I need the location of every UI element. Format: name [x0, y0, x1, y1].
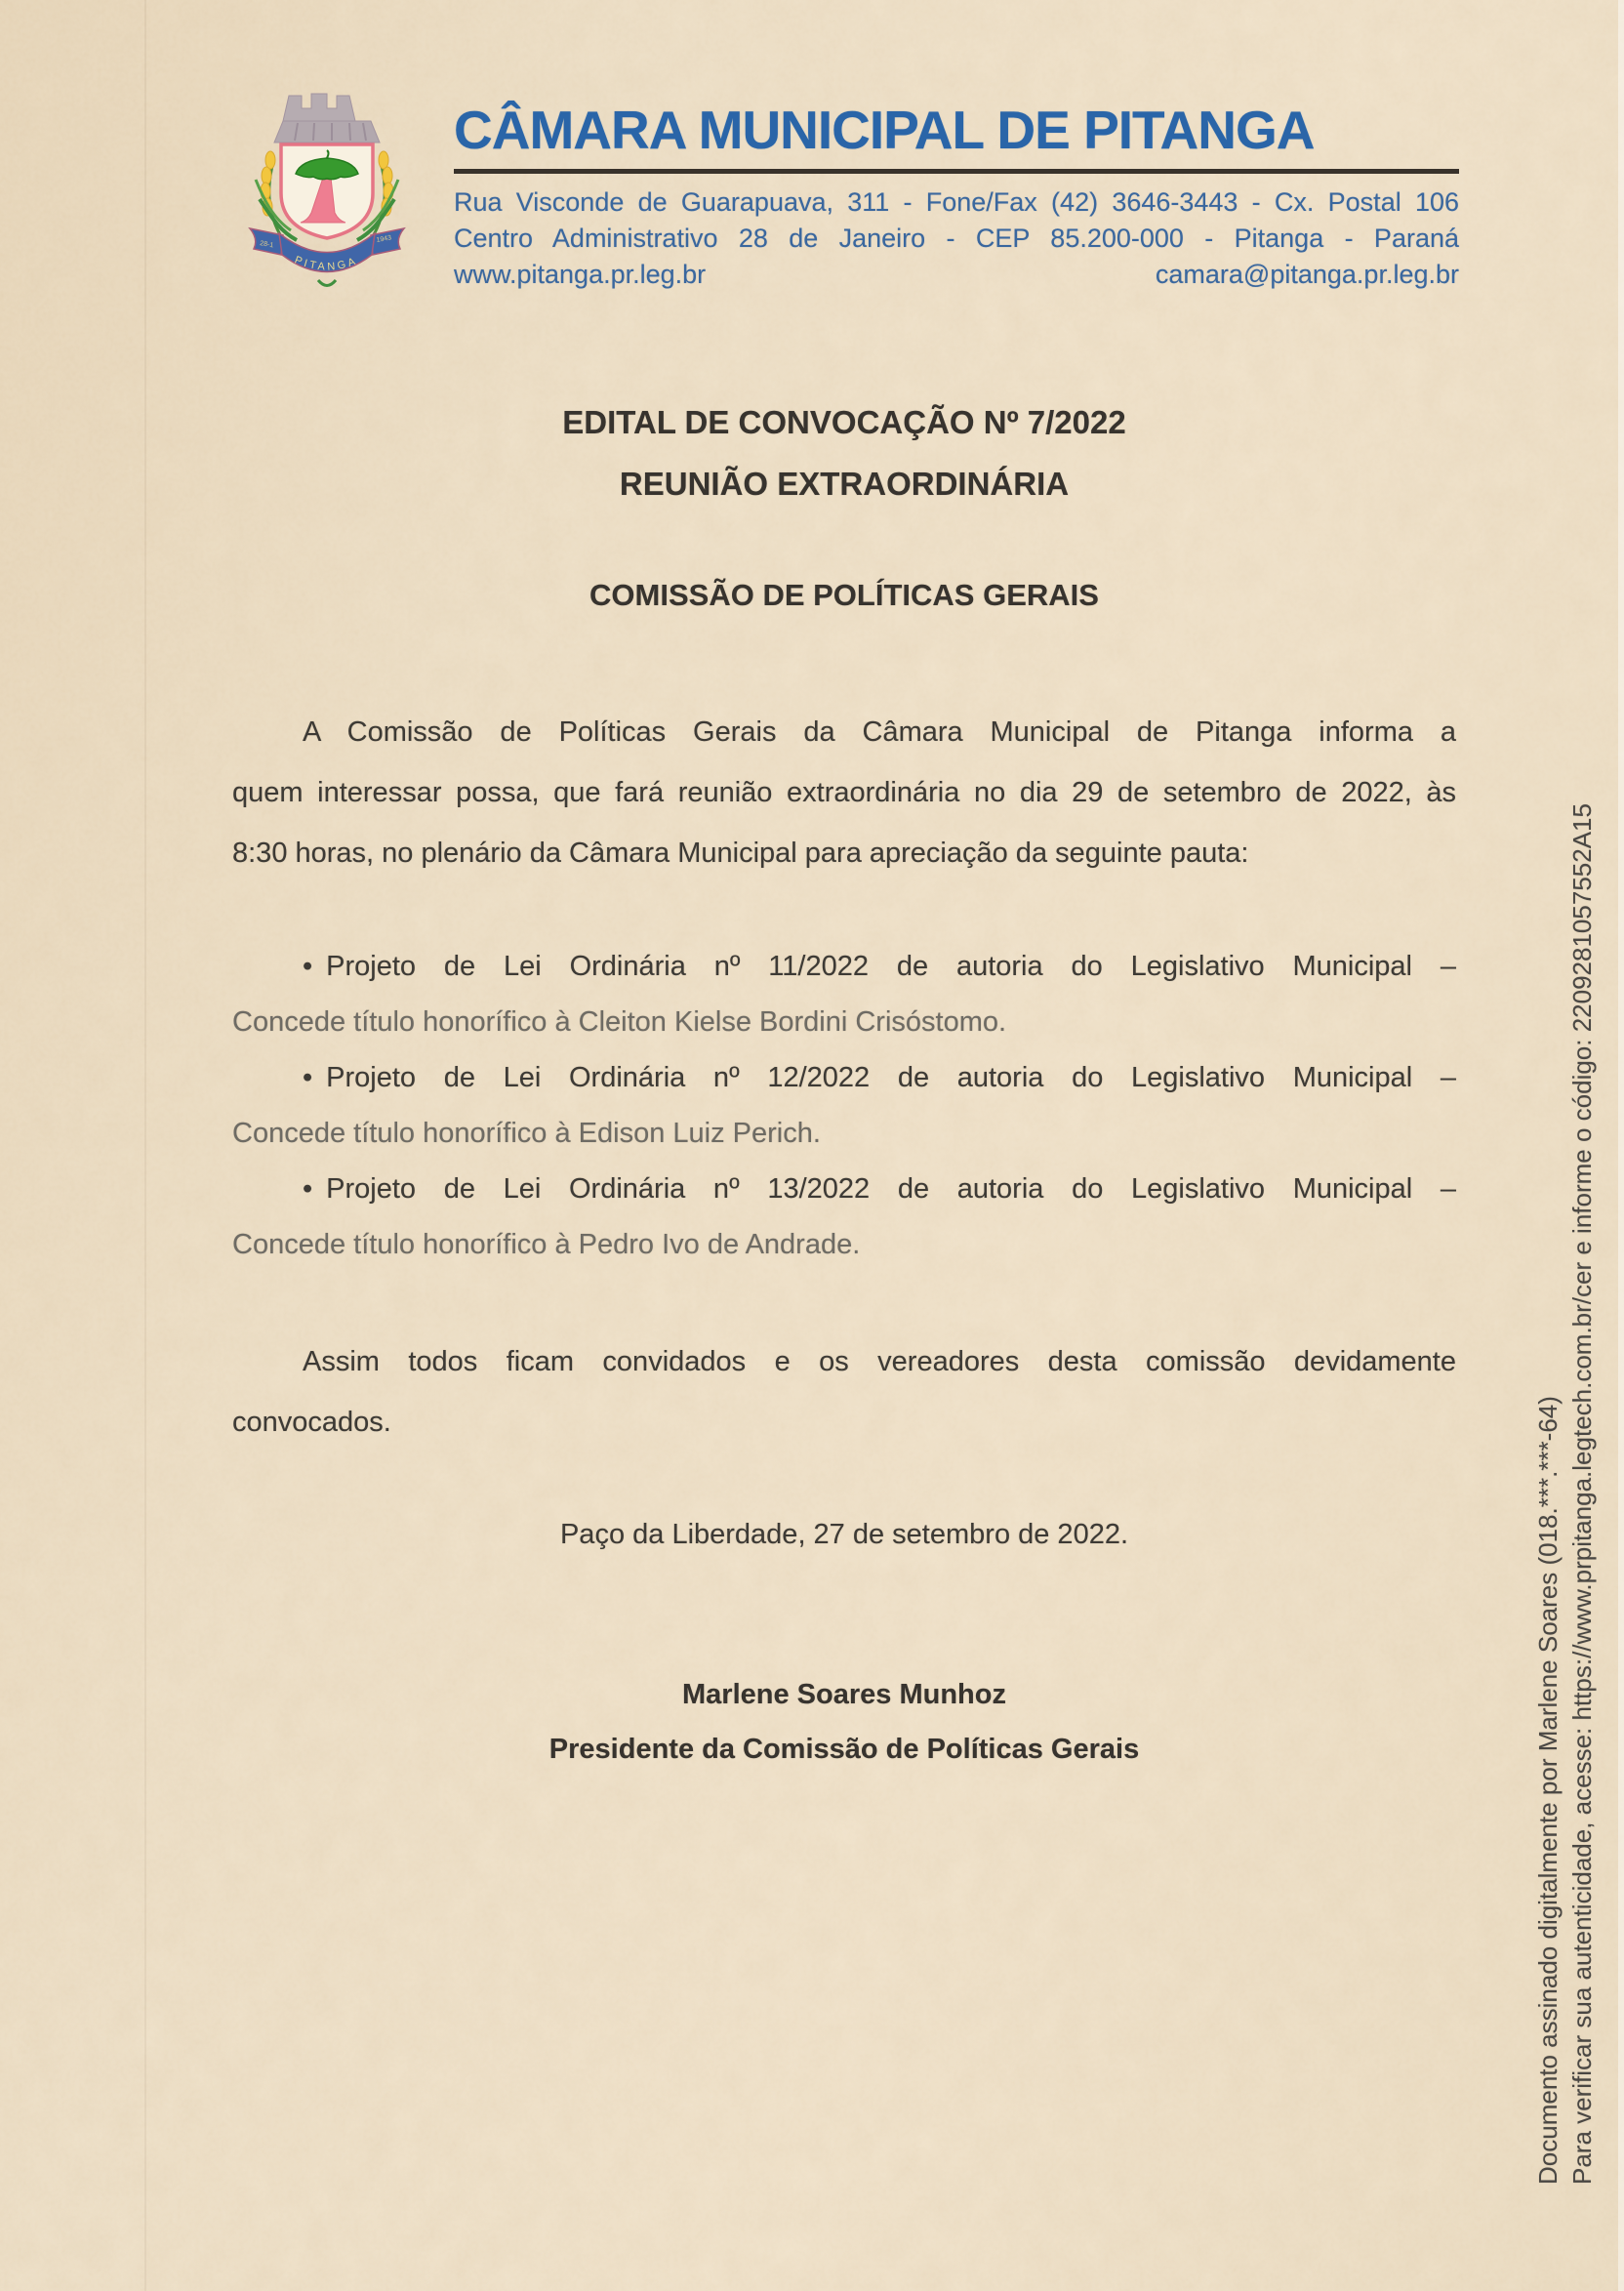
- agenda-item-3-detail: Concede título honorífico à Pedro Ivo de…: [232, 1217, 1456, 1273]
- committee-title: COMISSÃO DE POLÍTICAS GERAIS: [232, 575, 1456, 616]
- closing-line-1: Assim todos ficam convidados e os veread…: [232, 1331, 1456, 1392]
- verification-url-line: Para verificar sua autenticidade, acesse…: [1567, 803, 1598, 2185]
- scan-crease-line: [144, 0, 146, 2291]
- website-text: www.pitanga.pr.leg.br: [454, 257, 706, 293]
- letterhead-address: Rua Visconde de Guarapuava, 311 - Fone/F…: [454, 184, 1459, 293]
- intro-line-3: 8:30 horas, no plenário da Câmara Munici…: [232, 823, 1456, 883]
- letterhead: CÂMARA MUNICIPAL DE PITANGA Rua Visconde…: [454, 102, 1459, 293]
- agenda-list: Projeto de Lei Ordinária nº 11/2022 de a…: [232, 939, 1456, 1273]
- closing-line-2: convocados.: [232, 1392, 1456, 1452]
- digital-signature-line: Documento assinado digitalmente por Marl…: [1533, 1396, 1563, 2185]
- bullet-icon: [303, 1173, 326, 1205]
- signer-role: Presidente da Comissão de Políticas Gera…: [232, 1729, 1456, 1770]
- intro-line-2: quem interessar possa, que fará reunião …: [232, 762, 1456, 823]
- agenda-item-1-main: Projeto de Lei Ordinária nº 11/2022 de a…: [232, 939, 1456, 995]
- address-line-2: Centro Administrativo 28 de Janeiro - CE…: [454, 221, 1459, 257]
- agenda-item-1-detail: Concede título honorífico à Cleiton Kiel…: [232, 995, 1456, 1050]
- scan-edge: [1618, 0, 1624, 2291]
- intro-line-1: A Comissão de Políticas Gerais da Câmara…: [232, 702, 1456, 762]
- closing-paragraph: Assim todos ficam convidados e os veread…: [232, 1331, 1456, 1452]
- signer-name: Marlene Soares Munhoz: [232, 1674, 1456, 1715]
- agenda-item-3-main: Projeto de Lei Ordinária nº 13/2022 de a…: [232, 1162, 1456, 1217]
- signature-block: Marlene Soares Munhoz Presidente da Comi…: [232, 1674, 1456, 1770]
- pitanga-coat-of-arms: PITANGA 28-1 1943: [244, 82, 410, 297]
- document-title: EDITAL DE CONVOCAÇÃO Nº 7/2022: [232, 402, 1456, 443]
- bullet-icon: [303, 1062, 326, 1093]
- letterhead-rule: [454, 169, 1459, 174]
- scanned-document-page: PITANGA 28-1 1943 CÂMARA MUNICIPAL DE PI…: [0, 0, 1624, 2291]
- intro-paragraph: A Comissão de Políticas Gerais da Câmara…: [232, 702, 1456, 883]
- org-title: CÂMARA MUNICIPAL DE PITANGA: [454, 102, 1459, 158]
- bullet-icon: [303, 951, 326, 982]
- document-subtitle: REUNIÃO EXTRAORDINÁRIA: [232, 464, 1456, 505]
- agenda-item-2-main: Projeto de Lei Ordinária nº 12/2022 de a…: [232, 1050, 1456, 1106]
- mural-crown-icon: [274, 94, 380, 143]
- email-text: camara@pitanga.pr.leg.br: [1156, 257, 1459, 293]
- dateline: Paço da Liberdade, 27 de setembro de 202…: [232, 1514, 1524, 1555]
- address-line-1: Rua Visconde de Guarapuava, 311 - Fone/F…: [454, 184, 1459, 221]
- agenda-item-2-detail: Concede título honorífico à Edison Luiz …: [232, 1106, 1456, 1162]
- document-heading-block: EDITAL DE CONVOCAÇÃO Nº 7/2022 REUNIÃO E…: [232, 402, 1456, 616]
